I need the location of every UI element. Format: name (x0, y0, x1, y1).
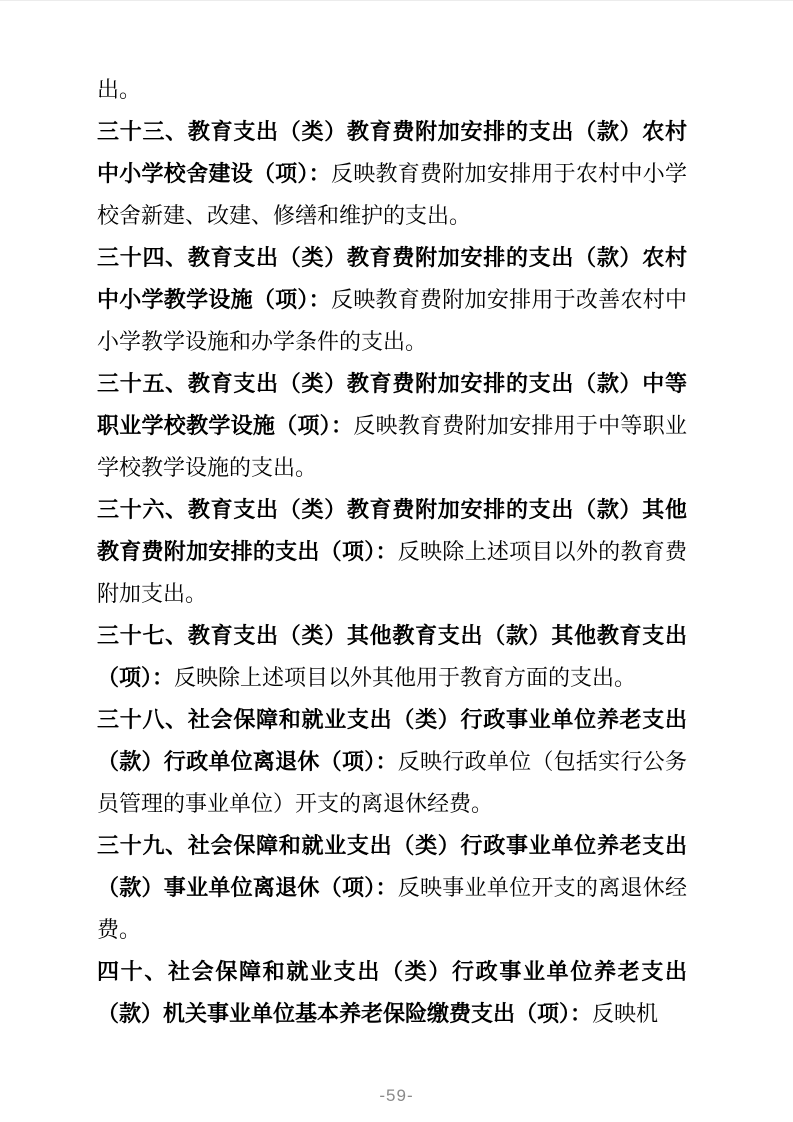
clause-40: 四十、社会保障和就业支出（类）行政事业单位养老支出（款）机关事业单位基本养老保险… (97, 951, 687, 1035)
clause-36: 三十六、教育支出（类）教育费附加安排的支出（款）其他教育费附加安排的支出（项）：… (97, 489, 687, 615)
clause-38: 三十八、社会保障和就业支出（类）行政事业单位养老支出（款）行政单位离退休（项）：… (97, 699, 687, 825)
clause-35: 三十五、教育支出（类）教育费附加安排的支出（款）中等职业学校教学设施（项）：反映… (97, 363, 687, 489)
page-top-edge (0, 0, 793, 1)
clause-37-body: 反映除上述项目以外其他用于教育方面的支出。 (174, 665, 636, 690)
page-number: -59- (0, 1086, 793, 1106)
document-page: 出。 三十三、教育支出（类）教育费附加安排的支出（款）农村中小学校舍建设（项）：… (0, 0, 793, 1122)
clause-40-body: 反映机 (592, 1001, 658, 1026)
page-content: 出。 三十三、教育支出（类）教育费附加安排的支出（款）农村中小学校舍建设（项）：… (97, 69, 687, 1035)
clause-34: 三十四、教育支出（类）教育费附加安排的支出（款）农村中小学教学设施（项）：反映教… (97, 237, 687, 363)
clause-39: 三十九、社会保障和就业支出（类）行政事业单位养老支出（款）事业单位离退休（项）：… (97, 825, 687, 951)
clause-37: 三十七、教育支出（类）其他教育支出（款）其他教育支出（项）：反映除上述项目以外其… (97, 615, 687, 699)
clause-33: 三十三、教育支出（类）教育费附加安排的支出（款）农村中小学校舍建设（项）：反映教… (97, 111, 687, 237)
continued-text-fragment: 出。 (97, 69, 687, 111)
continued-text: 出。 (97, 77, 141, 102)
